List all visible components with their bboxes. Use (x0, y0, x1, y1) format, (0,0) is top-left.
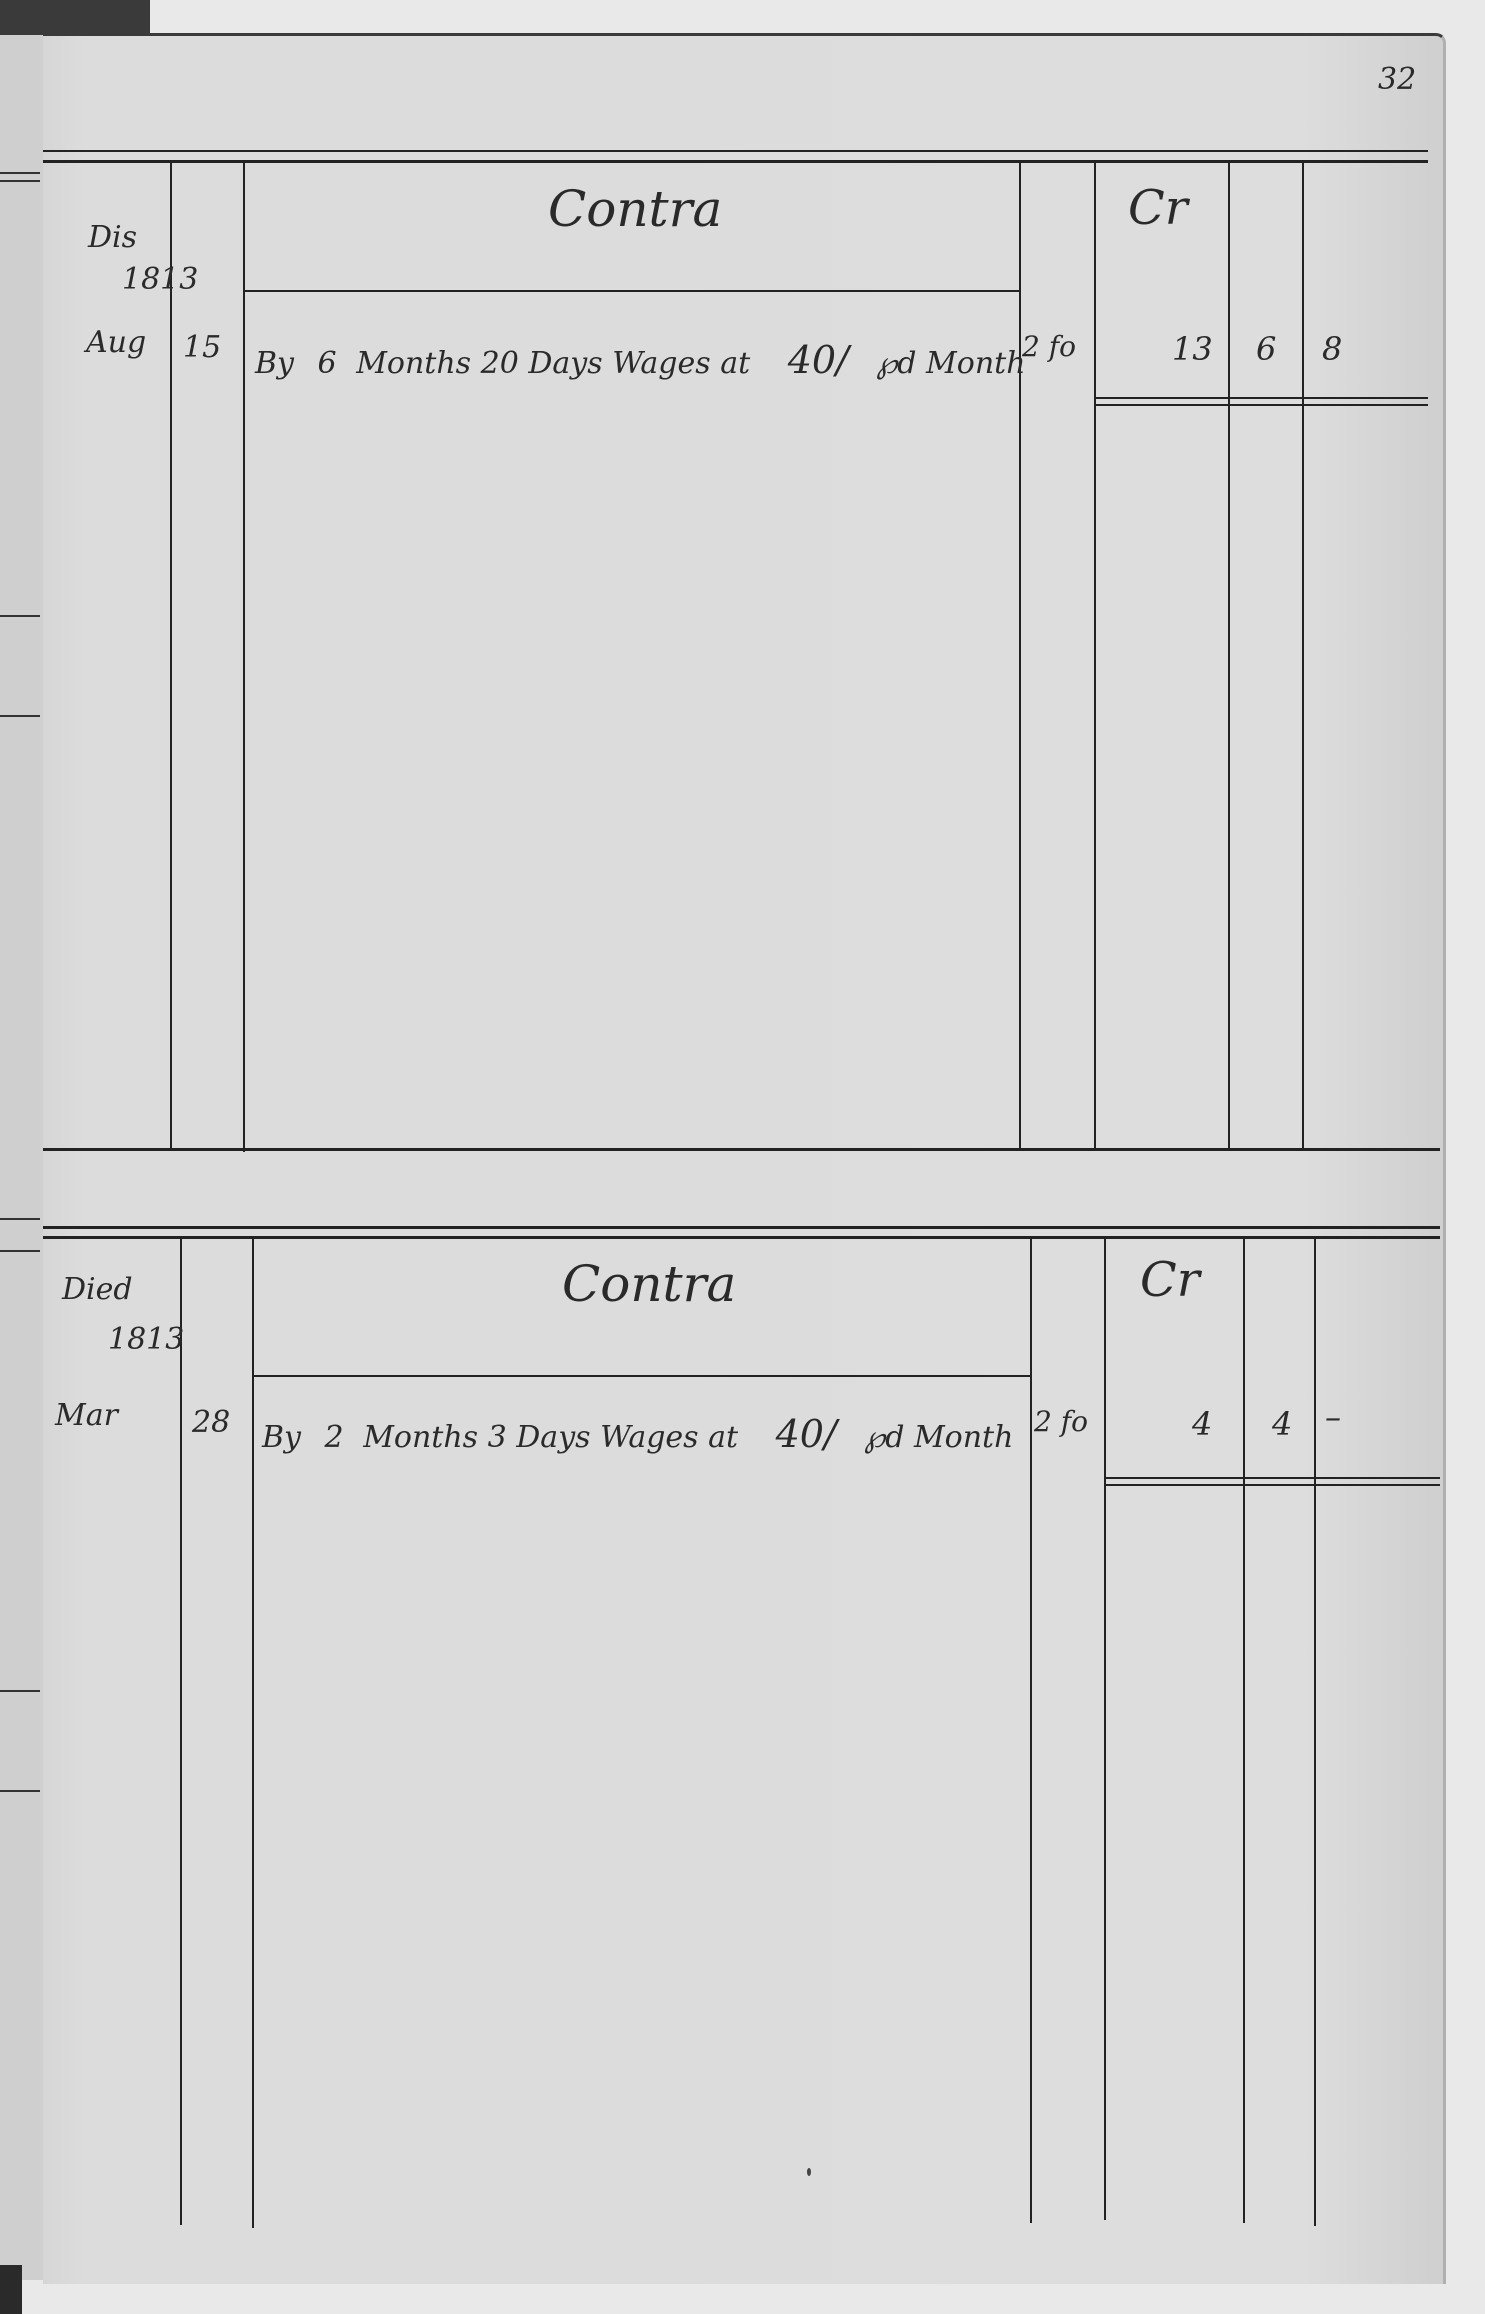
previous-page-edge (0, 35, 46, 2280)
folio-column-line (1104, 1238, 1106, 2220)
header-rule-top (43, 150, 1428, 152)
entry-per: ℘d Month (876, 346, 1025, 381)
pounds-column-line (1228, 160, 1230, 1148)
entry-days-label: Days (516, 1420, 590, 1455)
amount-shillings: 6 (1256, 330, 1276, 368)
heading-underline (252, 1375, 1030, 1377)
previous-page-rule (0, 715, 40, 717)
entry-months: 6 (318, 346, 337, 381)
shillings-column-line (1314, 1238, 1316, 2226)
account-heading: Contra (548, 180, 722, 238)
entry-year: 1813 (108, 1322, 184, 1357)
entry-year: 1813 (122, 262, 198, 297)
entry-months: 2 (325, 1420, 344, 1455)
entry-column-line (1019, 160, 1021, 1148)
amount-rule-top (1104, 1477, 1440, 1479)
entry-rate: 40/ (776, 1412, 837, 1456)
date-column-line (180, 1238, 182, 2225)
amount-pence: 8 (1322, 330, 1342, 368)
folio-reference: 2 fo (1034, 1405, 1088, 1438)
entry-month: Mar (55, 1398, 118, 1433)
previous-page-rule (0, 1690, 40, 1692)
entry-days: 3 (488, 1420, 507, 1455)
entry-prefix: By (255, 346, 294, 381)
entry-description: By 2 Months 3 Days Wages at 40/ ℘d Month (262, 1412, 1013, 1456)
previous-page-rule (0, 172, 40, 174)
entry-months-label: Months (363, 1420, 478, 1455)
date-column-line (170, 162, 172, 1150)
entry-description: By 6 Months 20 Days Wages at 40/ ℘d Mont… (255, 338, 1026, 382)
entry-day: 28 (192, 1405, 230, 1440)
block-bottom-rule (43, 1148, 1440, 1151)
entry-text: Wages at (600, 1420, 738, 1455)
pounds-column-line (1243, 1238, 1245, 2223)
header-rule-top (43, 1226, 1440, 1229)
entry-text: Wages at (612, 346, 750, 381)
day-column-line (243, 162, 245, 1152)
shillings-column-line (1302, 160, 1304, 1148)
entry-day: 15 (183, 330, 221, 365)
entry-per: ℘d Month (864, 1420, 1013, 1455)
previous-page-rule (0, 1218, 40, 1220)
previous-page-rule (0, 180, 40, 182)
entry-status: Died (62, 1272, 133, 1307)
credit-label: Cr (1128, 180, 1188, 236)
entry-month: Aug (86, 325, 146, 360)
account-heading: Contra (562, 1255, 736, 1313)
entry-prefix: By (262, 1420, 301, 1455)
day-column-line (252, 1238, 254, 2228)
amount-pounds: 4 (1192, 1405, 1212, 1443)
amount-rule-bottom (1104, 1484, 1440, 1486)
entry-days-label: Days (528, 346, 602, 381)
entry-rate: 40/ (788, 338, 849, 382)
ink-spot (807, 2168, 811, 2176)
folio-reference: 2 fo (1022, 330, 1076, 363)
previous-page-rule (0, 615, 40, 617)
entry-days: 20 (481, 346, 519, 381)
book-binding-bottom (0, 2265, 22, 2314)
heading-underline (243, 290, 1019, 292)
credit-label: Cr (1140, 1252, 1200, 1308)
previous-page-rule (0, 1790, 40, 1792)
entry-status: Dis (88, 220, 137, 255)
folio-column-line (1094, 160, 1096, 1148)
previous-page-rule (0, 1250, 40, 1252)
amount-pounds: 13 (1172, 330, 1213, 368)
entry-months-label: Months (356, 346, 471, 381)
amount-rule-top (1094, 397, 1428, 399)
page-number: 32 (1378, 62, 1416, 97)
amount-shillings: 4 (1272, 1405, 1292, 1443)
amount-pence: – (1325, 1398, 1341, 1436)
amount-rule-bottom (1094, 404, 1428, 406)
header-rule-bottom (43, 160, 1428, 163)
entry-column-line (1030, 1238, 1032, 2223)
